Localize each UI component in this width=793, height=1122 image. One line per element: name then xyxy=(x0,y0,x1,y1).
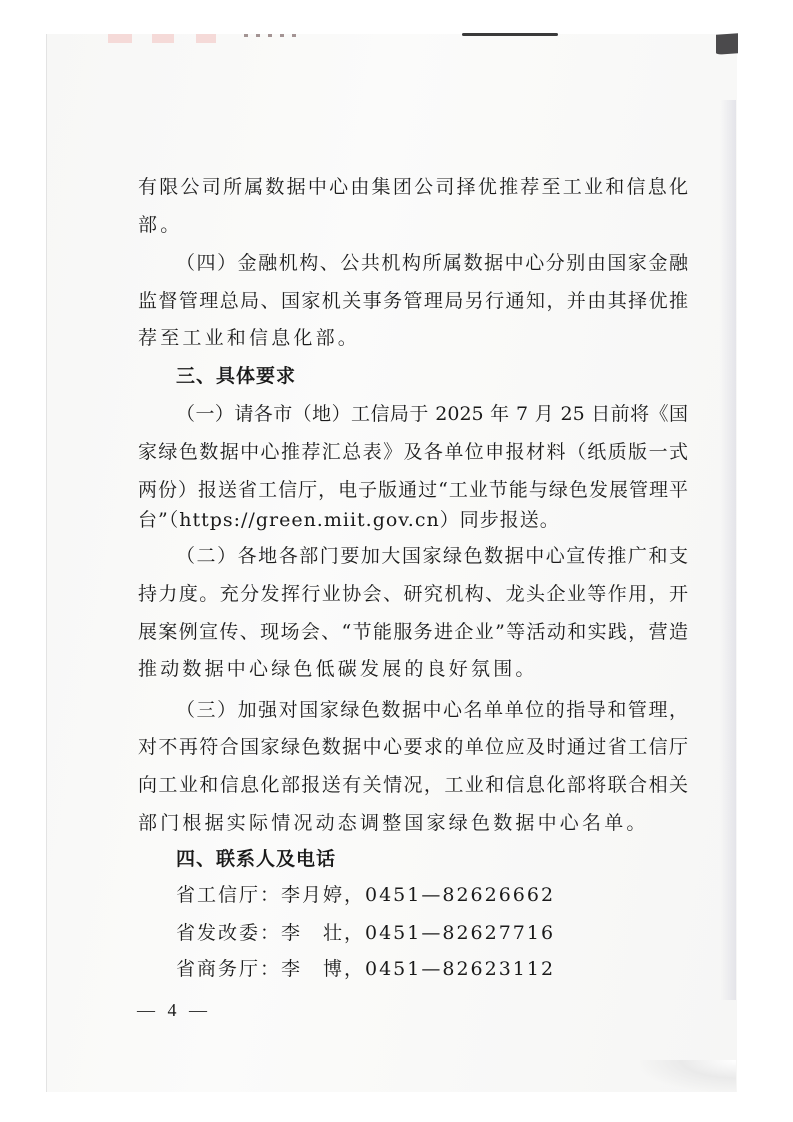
body-text-line: 部。 xyxy=(138,213,182,237)
contact-line: 省商务厅：李 博，0451—82623112 xyxy=(176,957,555,981)
body-text-line: 荐至工业和信息化部。 xyxy=(138,326,360,350)
body-text-line: （二）各地各部门要加大国家绿色数据中心宣传推广和支 xyxy=(176,544,688,568)
section-heading: 四、联系人及电话 xyxy=(176,847,336,871)
body-text-line: 部门根据实际情况动态调整国家绿色数据中心名单。 xyxy=(138,811,649,835)
body-text-line: 展案例宣传、现场会、“节能服务进企业”等活动和实践，营造 xyxy=(138,620,688,644)
body-text-line: 持力度。充分发挥行业协会、研究机构、龙头企业等作用，开 xyxy=(138,582,688,606)
body-text-line: 向工业和信息化部报送有关情况，工业和信息化部将联合相关 xyxy=(138,773,688,797)
body-text-line: 推动数据中心绿色低碳发展的良好氛围。 xyxy=(138,657,538,681)
page-curl xyxy=(640,1060,736,1092)
body-text-line: （四）金融机构、公共机构所属数据中心分别由国家金融 xyxy=(176,251,688,275)
contact-line: 省工信厅：李月婷，0451—82626662 xyxy=(176,883,555,907)
body-text-line: 对不再符合国家绿色数据中心要求的单位应及时通过省工信厅 xyxy=(138,735,688,759)
contact-line: 省发改委：李 壮，0451—82627716 xyxy=(176,921,555,945)
body-text-line: （三）加强对国家绿色数据中心名单单位的指导和管理， xyxy=(176,698,688,722)
scan-artifact-red-mark xyxy=(108,34,132,43)
body-text-line: 有限公司所属数据中心由集团公司择优推荐至工业和信息化 xyxy=(138,175,688,199)
scan-artifact-red-mark xyxy=(152,34,174,43)
section-heading: 三、具体要求 xyxy=(176,364,296,388)
body-text-line: 两份）报送省工信厅，电子版通过“工业节能与绿色发展管理平 xyxy=(138,478,688,502)
body-text-line-with-url: 台”（https://green.miit.gov.cn）同步报送。 xyxy=(138,508,560,532)
body-text-line: 监督管理总局、国家机关事务管理局另行通知，并由其择优推 xyxy=(138,289,688,313)
body-text-line: （一）请各市（地）工信局于 2025 年 7 月 25 日前将《国 xyxy=(176,402,688,426)
scan-artifact-line xyxy=(462,33,558,36)
scan-artifact-dots xyxy=(244,34,304,37)
page-edge-shadow xyxy=(720,100,736,1000)
scan-artifact-red-mark xyxy=(196,34,216,43)
page-corner-tab xyxy=(716,33,738,55)
page-number: — 4 — xyxy=(137,1000,211,1021)
body-text-line: 家绿色数据中心推荐汇总表》及各单位申报材料（纸质版一式 xyxy=(138,440,688,464)
